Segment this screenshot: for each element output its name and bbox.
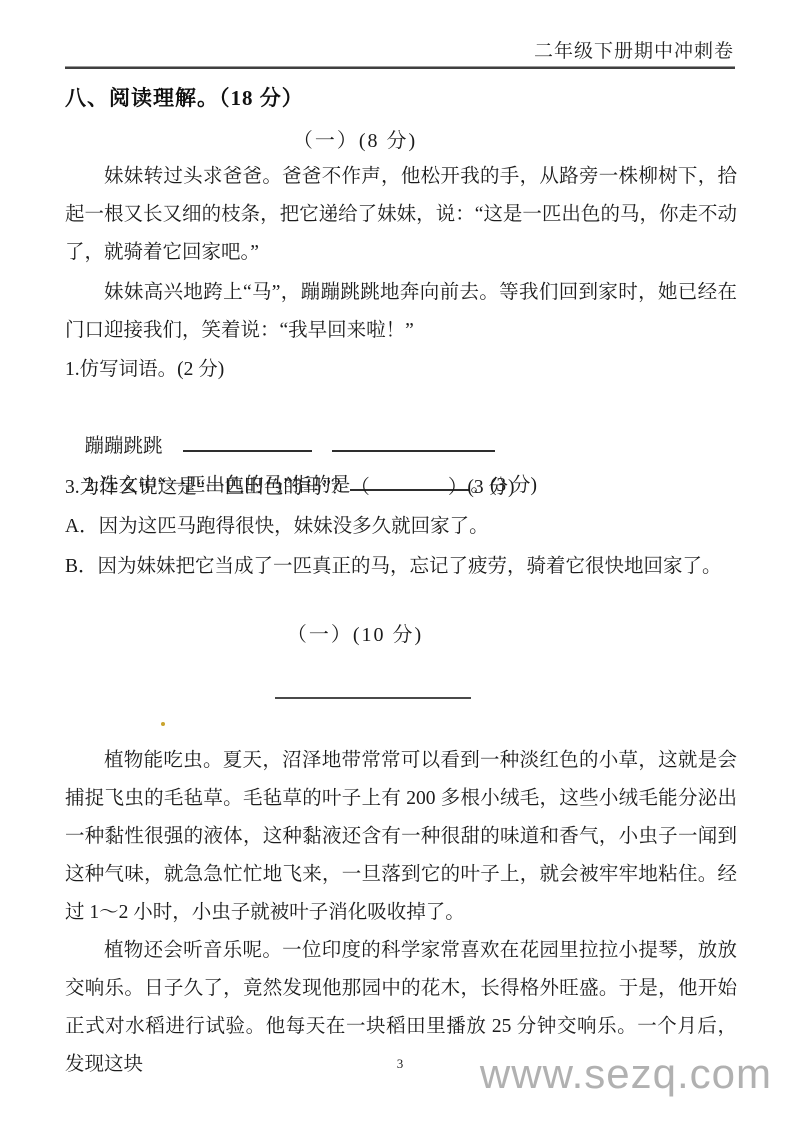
passage-title-blank [275,681,471,699]
question-3-label: 3.为什么说这是“一匹出色的马”？（ ）(3 分) [65,469,737,507]
part2-title: （一）(10 分) [20,618,690,647]
header-divider-line [65,66,735,69]
part2-paragraph-1: 植物能吃虫。夏天，沼泽地带常常可以看到一种淡红色的小草，这就是会捕捉飞虫的毛毡草… [65,742,737,932]
question-3-option-a: A．因为这匹马跑得很快，妹妹没多久就回家了。 [65,508,737,546]
page-header-title: 二年级下册期中冲刺卷 [534,36,734,63]
part1-paragraph-1: 妹妹转过头求爸爸。爸爸不作声，他松开我的手，从路旁一株柳树下，拾起一根又长又细的… [65,158,737,272]
part1-title: （一）(8 分) [20,124,690,153]
watermark-text: www.sezq.com [480,1050,772,1098]
exam-page: 二年级下册期中冲刺卷 八、阅读理解。（18 分） （一）(8 分) 妹妹转过头求… [0,0,800,1131]
question-3-option-b: B．因为妹妹把它当成了一匹真正的马，忘记了疲劳，骑着它很快地回家了。 [65,548,737,586]
stray-mark-dot [161,722,165,726]
section-heading: 八、阅读理解。（18 分） [65,82,304,112]
question-1-label: 1.仿写词语。(2 分) [65,351,737,389]
part1-paragraph-2: 妹妹高兴地跨上“马”，蹦蹦跳跳地奔向前去。等我们回到家时，她已经在门口迎接我们，… [65,274,737,350]
